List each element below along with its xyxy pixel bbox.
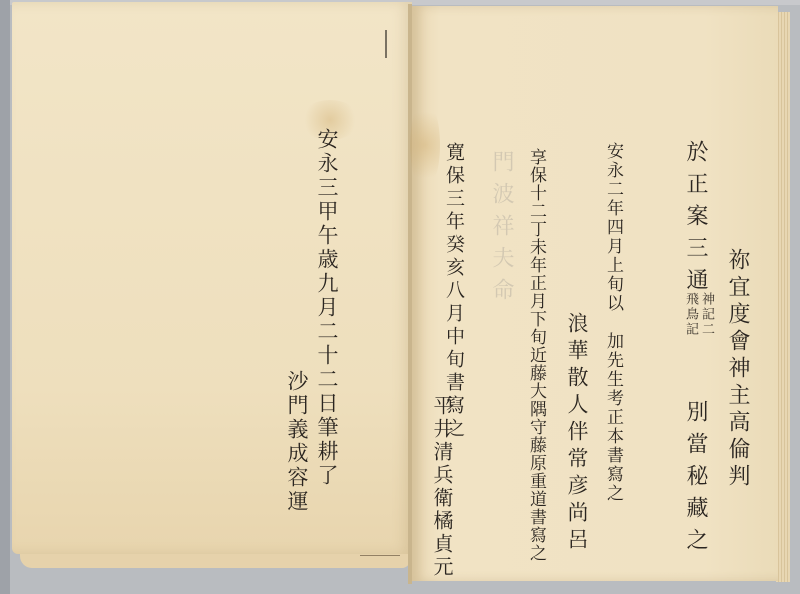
book-gutter (408, 4, 412, 584)
copyist-name-column: 沙門義成容運 (286, 370, 307, 514)
paper-tear (360, 555, 400, 556)
right-page (410, 6, 778, 581)
show-through-text: 門波祥夫命 (486, 150, 517, 310)
copy-record-anei-column: 安永二年四月上旬以𨦟加先生考正本書寫之 (604, 142, 621, 503)
hirai-sadamoto-column: 平井清兵衛橘貞元 (432, 395, 452, 579)
paper-stain (410, 100, 440, 190)
copy-record-kyoho-column: 享保十二丁未年正月下旬近藤大隅守藤原重道書寫之 (527, 148, 544, 562)
manuscript-scan: 門波祥夫命 安永三甲午歳九月二十二日筆耕了 沙門義成容運 祢宜度會神主高倫判 於… (0, 0, 800, 594)
annotation-shinki: 神記二 (700, 292, 713, 337)
tomo-tsunehiko-column: 伴常彦尚呂 (566, 420, 587, 555)
colophon-date-column: 安永三甲午歳九月二十二日筆耕了 (316, 128, 337, 488)
naniwa-sanjin-column: 浪華散人 (566, 312, 587, 420)
priest-name-column: 祢宜度會神主高倫判 (726, 248, 748, 491)
custodian-column: 別當秘藏之 (684, 400, 706, 560)
page-stack-edge (776, 12, 790, 582)
annotation-asuka: 飛鳥記 (684, 292, 697, 337)
left-page (12, 2, 412, 554)
source-text-column: 於正案三通 (684, 140, 706, 300)
scanner-left-edge (0, 0, 10, 594)
ink-mark (385, 30, 387, 58)
